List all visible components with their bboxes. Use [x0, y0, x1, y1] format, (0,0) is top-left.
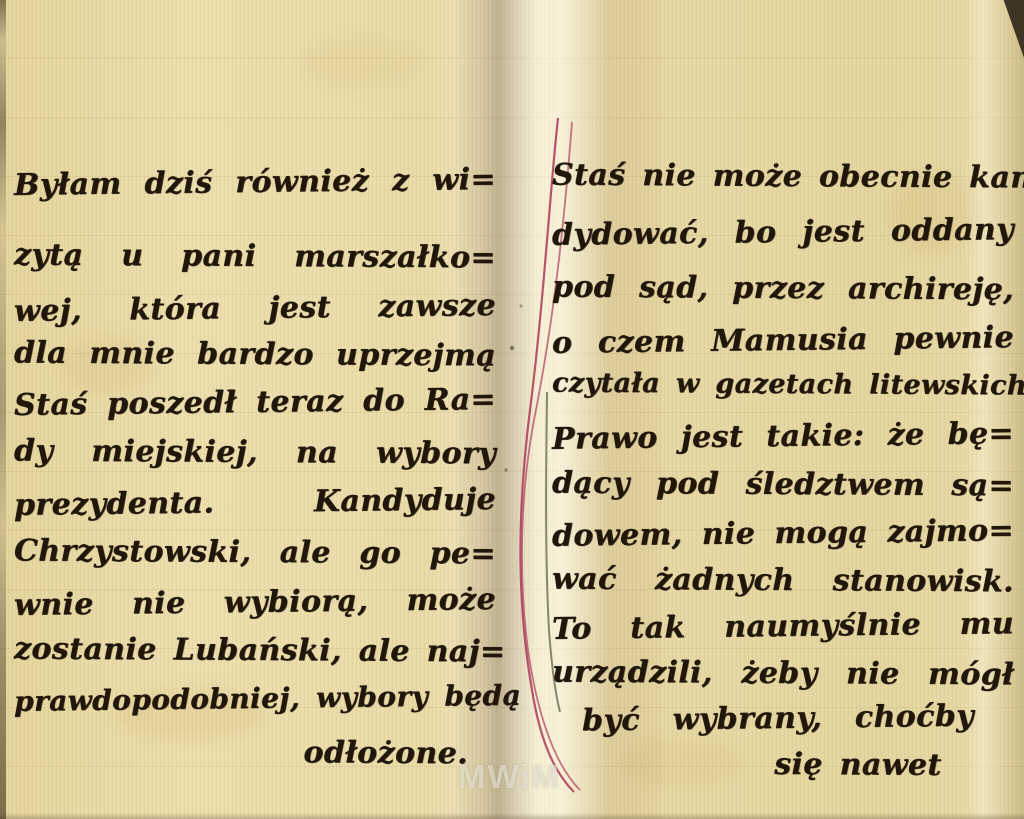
- handwriting-line: Byłam dziś również z wi=: [14, 163, 496, 202]
- handwriting-line: dydować, bo jest oddany: [552, 213, 1014, 252]
- handwriting-line: dla mnie bardzo uprzejmą: [14, 337, 496, 373]
- handwriting-line: zostanie Lubański, ale naj=: [14, 633, 496, 669]
- handwriting-line: dący pod śledztwem są=: [552, 467, 1014, 503]
- handwriting-line: o czem Mamusia pewnie: [552, 321, 1014, 360]
- handwriting-line: się nawet: [552, 747, 1014, 783]
- handwriting-line: zytą u pani marszałko=: [14, 239, 496, 275]
- handwriting-line: To tak naumyślnie mu: [552, 607, 1014, 646]
- handwriting-line: urządzili, żeby nie mógł: [552, 656, 1014, 692]
- handwriting-line: Chrzystowski, ale go pe=: [14, 535, 496, 571]
- handwriting-line: wać żadnych stanowisk.: [552, 563, 1014, 599]
- handwriting-line: czytała w gazetach litewskich: [552, 369, 1014, 402]
- handwriting-line: Prawo jest takie: że bę=: [552, 417, 1014, 456]
- handwriting-line: dy miejskiej, na wybory: [14, 435, 496, 471]
- handwriting-line: prawdopodobniej, wybory będą: [14, 681, 496, 718]
- ink-speck: [510, 346, 514, 350]
- handwriting-line: Staś poszedł teraz do Ra=: [14, 383, 496, 422]
- left-page: Byłam dziś również z wi= zytą u pani mar…: [14, 0, 496, 819]
- ink-speck: [520, 305, 523, 308]
- handwriting-line: odłożone.: [14, 735, 496, 771]
- handwriting-line: pod sąd, przez archireję,: [552, 271, 1014, 307]
- letter-scan: Byłam dziś również z wi= zytą u pani mar…: [0, 0, 1024, 819]
- scan-edge-left: [0, 0, 6, 819]
- ink-speck: [504, 468, 507, 471]
- right-page: Staś nie może obecnie kan= dydować, bo j…: [552, 0, 1014, 819]
- handwriting-line: wnie nie wybiorą, może: [14, 583, 496, 622]
- handwriting-line: dowem, nie mogą zajmo=: [552, 514, 1014, 553]
- handwriting-line: prezydenta. Kandyduje: [14, 483, 496, 522]
- handwriting-line: Staś nie może obecnie kan=: [552, 159, 1014, 195]
- handwriting-line: wej, która jest zawsze: [14, 289, 496, 328]
- handwriting-line: być wybrany, choćby: [552, 699, 1014, 738]
